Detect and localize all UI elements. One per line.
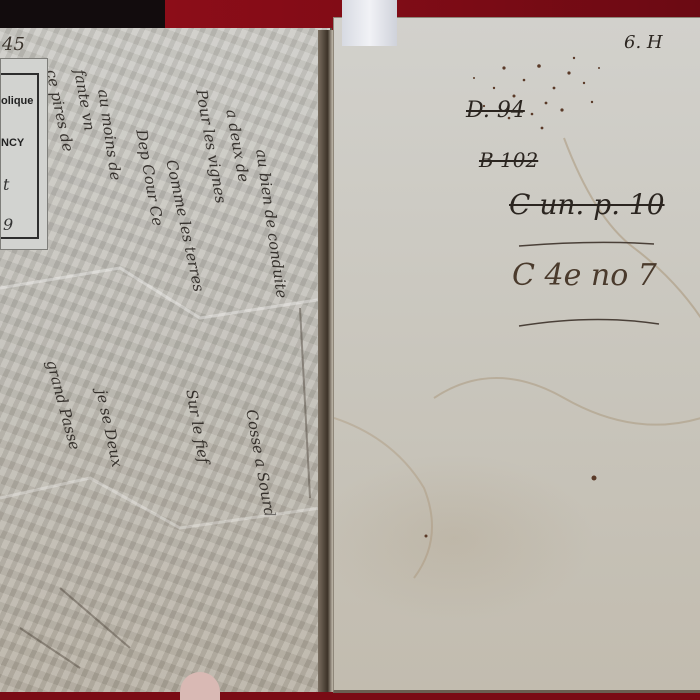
manuscript-photo: 45 ce pires de fante vn au moins de Dep … xyxy=(0,0,700,700)
label-text-line1: olique xyxy=(1,95,33,107)
pen-underlines xyxy=(334,18,700,690)
label-handwriting2: 9 xyxy=(3,215,13,234)
right-page: 6. H D. 94 B 102 C un. p. 10 C 4e no 7 xyxy=(333,17,700,693)
label-handwriting1: t xyxy=(3,175,9,194)
label-text-line2: NCY xyxy=(1,137,24,149)
left-page: 45 ce pires de fante vn au moins de Dep … xyxy=(0,28,332,692)
paper-creases xyxy=(0,28,330,692)
label-frame: olique NCY t 9 xyxy=(1,73,39,239)
bookmark-ribbon xyxy=(342,0,397,46)
library-label: olique NCY t 9 xyxy=(0,58,48,250)
